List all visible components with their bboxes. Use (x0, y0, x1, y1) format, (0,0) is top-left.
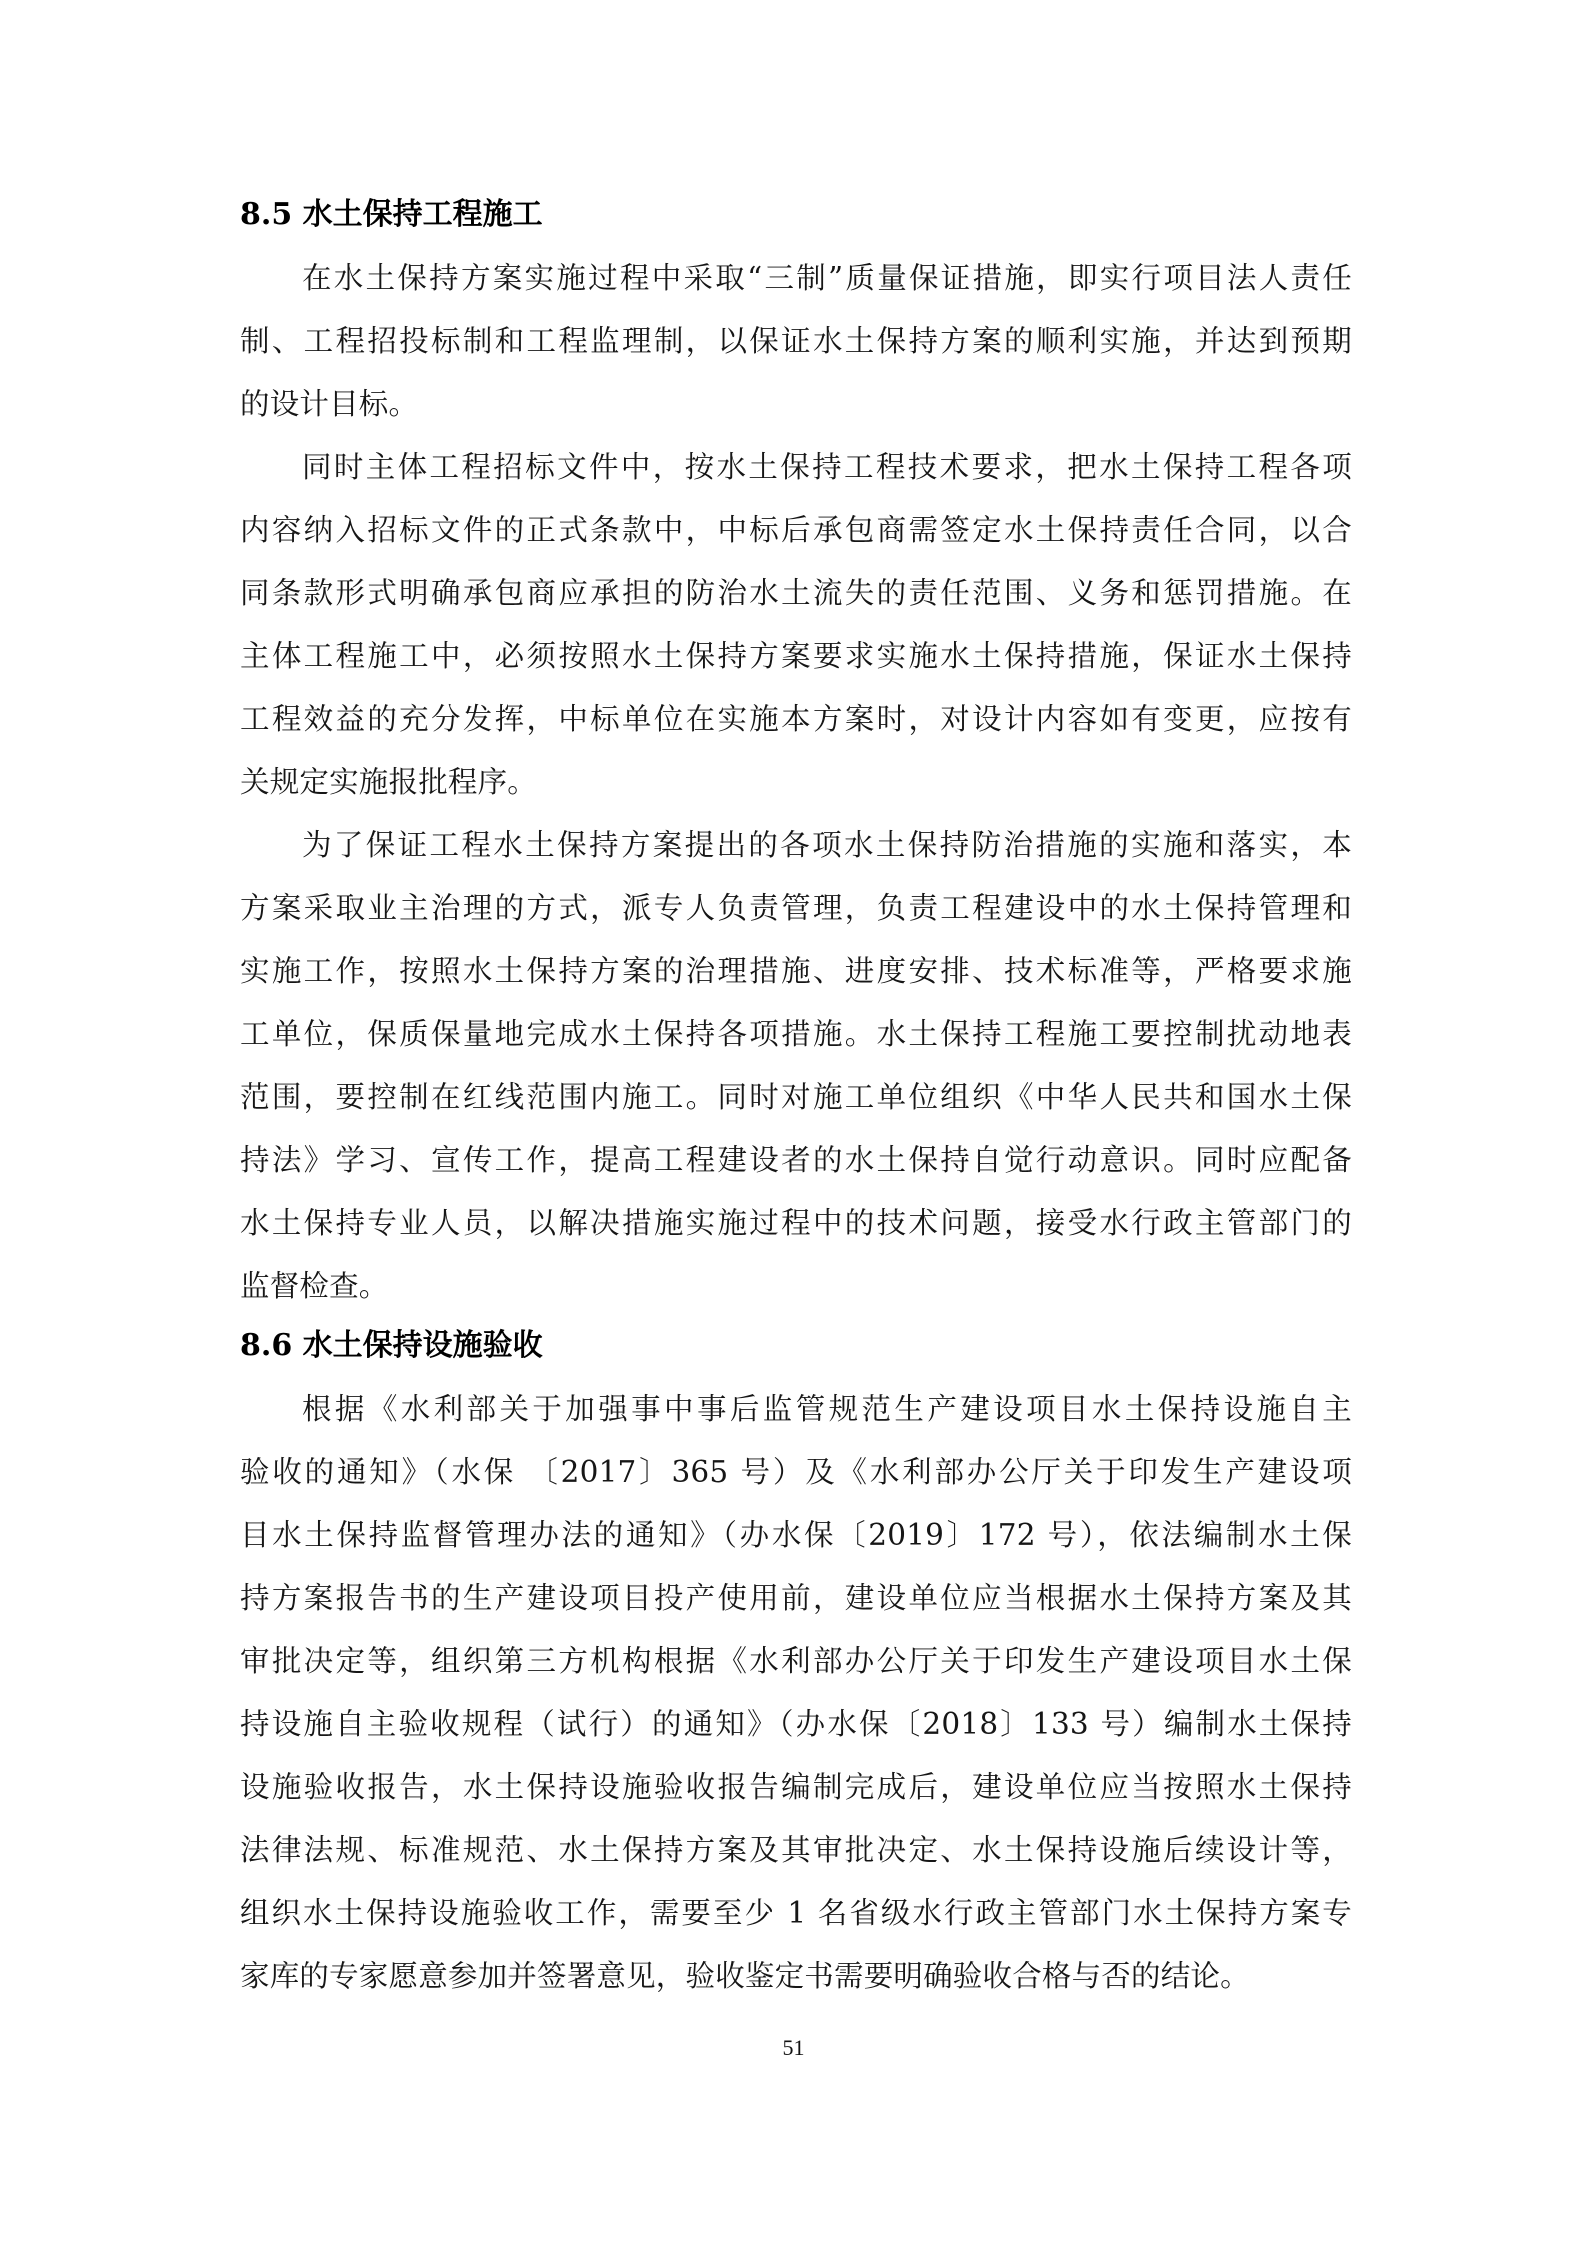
paragraph-line: 方案采取业主治理的方式，派专人负责管理，负责工程建设中的水土保持管理和 (240, 888, 1352, 928)
paragraph-line: 同时主体工程招标文件中，按水土保持工程技术要求，把水土保持工程各项 (302, 447, 1352, 487)
paragraph-line: 持方案报告书的生产建设项目投产使用前，建设单位应当根据水土保持方案及其 (240, 1578, 1352, 1618)
document-page: 8.5 水土保持工程施工 在水土保持方案实施过程中采取“三制”质量保证措施，即实… (0, 0, 1587, 2245)
paragraph-line: 根据《水利部关于加强事中事后监管规范生产建设项目水土保持设施自主 (302, 1389, 1352, 1429)
paragraph-line: 工程效益的充分发挥，中标单位在实施本方案时，对设计内容如有变更，应按有 (240, 699, 1352, 739)
paragraph-line: 制、工程招投标制和工程监理制，以保证水土保持方案的顺利实施，并达到预期 (240, 321, 1352, 361)
paragraph-line: 家库的专家愿意参加并签署意见，验收鉴定书需要明确验收合格与否的结论。 (240, 1956, 1352, 1996)
paragraph-line: 实施工作，按照水土保持方案的治理措施、进度安排、技术标准等，严格要求施 (240, 951, 1352, 991)
paragraph-line: 审批决定等，组织第三方机构根据《水利部办公厅关于印发生产建设项目水土保 (240, 1641, 1352, 1681)
paragraph-line: 验收的通知》（水保 〔2017〕365 号）及《水利部办公厅关于印发生产建设项 (240, 1452, 1352, 1492)
paragraph-line: 持法》学习、宣传工作，提高工程建设者的水土保持自觉行动意识。同时应配备 (240, 1140, 1352, 1180)
paragraph-line: 持设施自主验收规程（试行）的通知》（办水保〔2018〕133 号）编制水土保持 (240, 1704, 1352, 1744)
paragraph-line: 内容纳入招标文件的正式条款中，中标后承包商需签定水土保持责任合同，以合 (240, 510, 1352, 550)
paragraph-line: 目水土保持监督管理办法的通知》（办水保〔2019〕172 号），依法编制水土保 (240, 1515, 1352, 1555)
page-number: 51 (0, 2033, 1587, 2063)
paragraph-line: 范围，要控制在红线范围内施工。同时对施工单位组织《中华人民共和国水土保 (240, 1077, 1352, 1117)
paragraph-line: 工单位，保质保量地完成水土保持各项措施。水土保持工程施工要控制扰动地表 (240, 1014, 1352, 1054)
paragraph-line: 设施验收报告，水土保持设施验收报告编制完成后，建设单位应当按照水土保持 (240, 1767, 1352, 1807)
section-heading-8-5: 8.5 水土保持工程施工 (240, 195, 543, 235)
paragraph-line: 法律法规、标准规范、水土保持方案及其审批决定、水土保持设施后续设计等， (240, 1830, 1352, 1870)
paragraph-line: 主体工程施工中，必须按照水土保持方案要求实施水土保持措施，保证水土保持 (240, 636, 1352, 676)
paragraph-line: 的设计目标。 (240, 384, 1352, 424)
paragraph-line: 组织水土保持设施验收工作，需要至少 1 名省级水行政主管部门水土保持方案专 (240, 1893, 1352, 1933)
section-heading-8-6: 8.6 水土保持设施验收 (240, 1326, 543, 1366)
paragraph-line: 监督检查。 (240, 1266, 1352, 1306)
paragraph-line: 水土保持专业人员，以解决措施实施过程中的技术问题，接受水行政主管部门的 (240, 1203, 1352, 1243)
paragraph-line: 为了保证工程水土保持方案提出的各项水土保持防治措施的实施和落实，本 (302, 825, 1352, 865)
paragraph-line: 关规定实施报批程序。 (240, 762, 1352, 802)
paragraph-line: 同条款形式明确承包商应承担的防治水土流失的责任范围、义务和惩罚措施。在 (240, 573, 1352, 613)
paragraph-line: 在水土保持方案实施过程中采取“三制”质量保证措施，即实行项目法人责任 (302, 258, 1352, 298)
